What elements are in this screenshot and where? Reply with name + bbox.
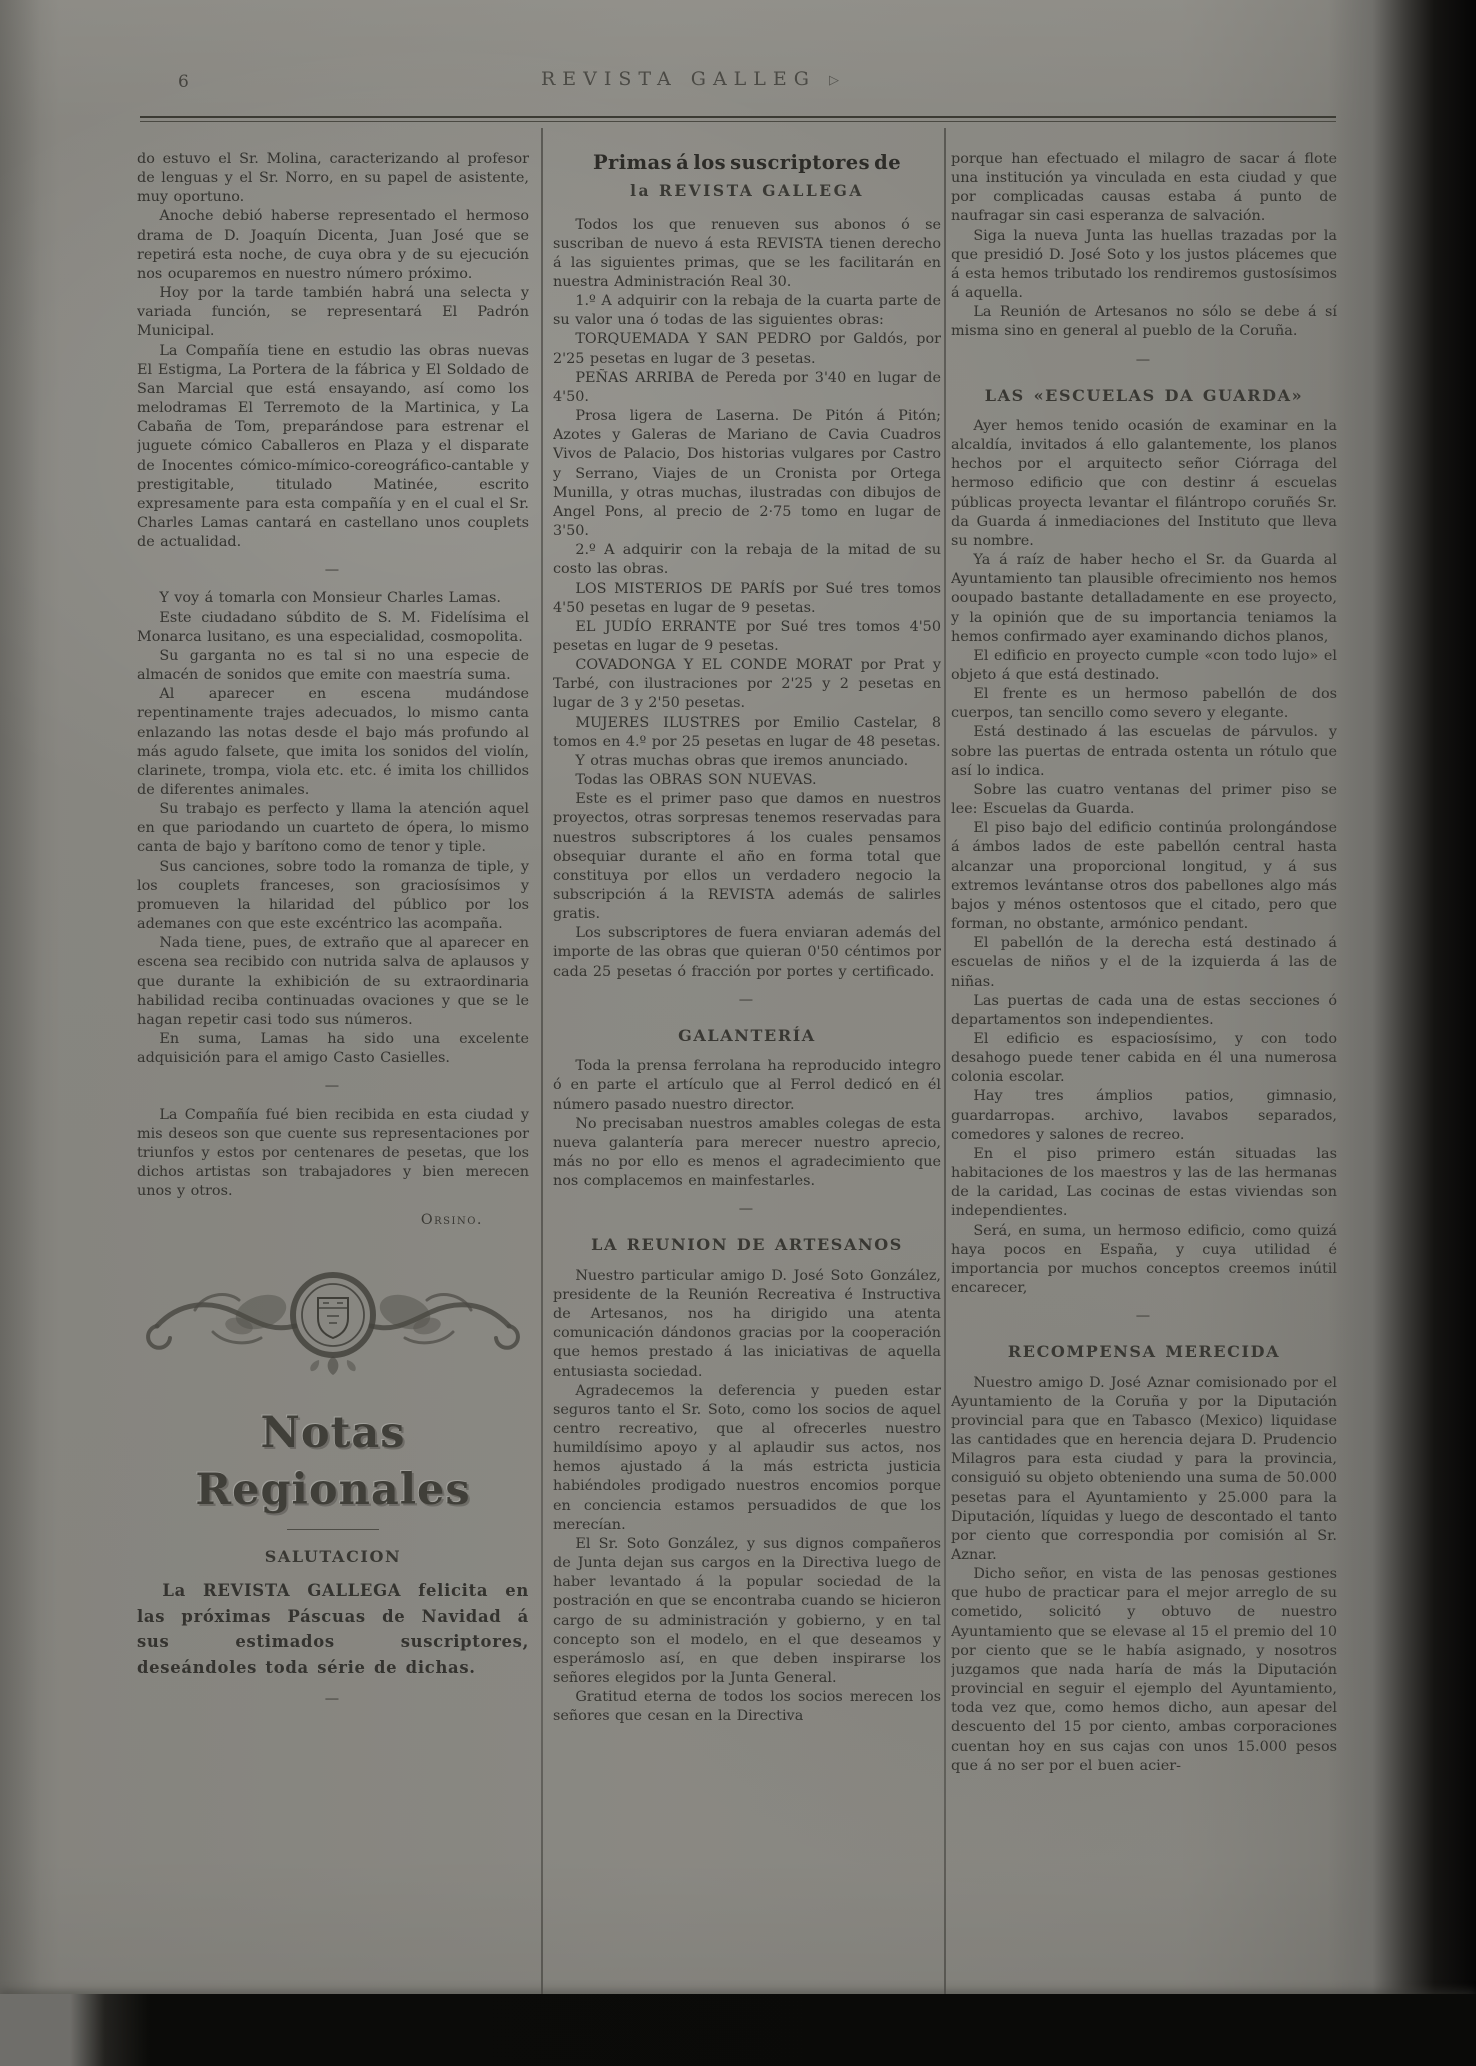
paragraph: Los subscriptores de fuera enviaran adem… — [553, 924, 941, 981]
paragraph: Anoche debió haberse representado el her… — [137, 207, 529, 284]
section-separator: — — [951, 1307, 1337, 1326]
column-divider-right — [944, 128, 946, 1994]
paragraph: En suma, Lamas ha sido una excelente adq… — [137, 1030, 529, 1068]
paragraph: Nuestro particular amigo D. José Soto Go… — [553, 1267, 941, 1382]
paragraph: Prosa ligera de Laserna. De Pitón á Pitó… — [553, 407, 941, 541]
masthead-title: REVISTA GALLEG — [541, 68, 816, 90]
middle-column: Primas á los suscriptores dela REVISTA G… — [553, 150, 941, 1994]
paragraph: La Compañía tiene en estudio las obras n… — [137, 342, 529, 553]
header-rule — [140, 116, 1336, 122]
section-heading: LAS «ESCUELAS DA GUARDA» — [951, 385, 1337, 406]
section-separator: — — [553, 991, 941, 1010]
paragraph: Agradecemos la deferencia y pueden estar… — [553, 1382, 941, 1535]
paragraph: Ya á raíz de haber hecho el Sr. da Guard… — [951, 551, 1337, 647]
pointer-mark-icon: ▷ — [829, 73, 839, 88]
left-column: do estuvo el Sr. Molina, caracterizando … — [137, 150, 529, 1994]
paragraph: Este es el primer paso que damos en nues… — [553, 790, 941, 924]
paragraph: Dicho señor, en vista de las penosas ges… — [951, 1565, 1337, 1776]
paragraph: MUJERES ILUSTRES por Emilio Castelar, 8 … — [553, 714, 941, 752]
paragraph: Será, en suma, un hermoso edificio, como… — [951, 1222, 1337, 1299]
paragraph: Sobre las cuatro ventanas del primer pis… — [951, 781, 1337, 819]
paragraph: Y otras muchas obras que iremos anunciad… — [553, 752, 941, 771]
column-divider-left — [541, 128, 543, 1994]
paragraph: Siga la nueva Junta las huellas trazadas… — [951, 227, 1337, 304]
title-rule — [287, 1529, 379, 1530]
paragraph: No precisaban nuestros amables colegas d… — [553, 1115, 941, 1192]
paragraph: Todos los que renueven sus abonos ó se s… — [553, 216, 941, 293]
paragraph: Este ciudadano súbdito de S. M. Fidelísi… — [137, 609, 529, 647]
heraldic-vignette — [137, 1260, 529, 1384]
section-separator: — — [553, 1200, 941, 1219]
paragraph: El edificio es espaciosísimo, y con todo… — [951, 1030, 1337, 1087]
section-heading: GALANTERÍA — [553, 1025, 941, 1046]
paragraph: Nada tiene, pues, de extraño que al apar… — [137, 934, 529, 1030]
paragraph: PEÑAS ARRIBA de Pereda por 3'40 en lugar… — [553, 369, 941, 407]
article-title: Primas á los suscriptores de — [553, 150, 941, 176]
paragraph: 1.º A adquirir con la rebaja de la cuart… — [553, 292, 941, 330]
paragraph: porque han efectuado el milagro de sacar… — [951, 150, 1337, 227]
paragraph: EL JUDÍO ERRANTE por Sué tres tomos 4'50… — [553, 618, 941, 656]
paragraph: En el piso primero están situadas las ha… — [951, 1145, 1337, 1222]
book-binding-bottom — [0, 1994, 1476, 2066]
display-title: Notas Regionales — [137, 1405, 529, 1519]
section-separator: — — [137, 1690, 529, 1709]
paragraph: Está destinado á las escuelas de párvulo… — [951, 723, 1337, 780]
section-heading: LA REUNION DE ARTESANOS — [553, 1234, 941, 1255]
section-heading: SALUTACION — [137, 1546, 529, 1567]
section-heading: RECOMPENSA MERECIDA — [951, 1341, 1337, 1362]
paragraph: LOS MISTERIOS DE PARÍS por Sué tres tomo… — [553, 580, 941, 618]
paragraph: TORQUEMADA Y SAN PEDRO por Galdós, por 2… — [553, 330, 941, 368]
right-column: porque han efectuado el milagro de sacar… — [951, 150, 1337, 1994]
announcement-paragraph: La REVISTA GALLEGA felicita en las próxi… — [137, 1578, 529, 1680]
paragraph: Hay tres ámplios patios, gimnasio, guard… — [951, 1087, 1337, 1144]
article-subtitle: la REVISTA GALLEGA — [553, 181, 941, 202]
paragraph: Ayer hemos tenido ocasión de examinar en… — [951, 417, 1337, 551]
paragraph: do estuvo el Sr. Molina, caracterizando … — [137, 150, 529, 207]
masthead: REVISTA GALLEG ▷ — [0, 68, 1380, 90]
paragraph: La Reunión de Artesanos no sólo se debe … — [951, 303, 1337, 341]
paragraph: El pabellón de la derecha está destinado… — [951, 934, 1337, 991]
paragraph: Su trabajo es perfecto y llama la atenci… — [137, 800, 529, 857]
paragraph: La Compañía fué bien recibida en esta ci… — [137, 1106, 529, 1202]
section-separator: — — [951, 351, 1337, 370]
paragraph: Sus canciones, sobre todo la romanza de … — [137, 858, 529, 935]
paragraph: Su garganta no es tal si no una especie … — [137, 647, 529, 685]
paragraph: El Sr. Soto González, y sus dignos compa… — [553, 1535, 941, 1688]
signature: Orsino. — [137, 1211, 529, 1230]
paragraph: Toda la prensa ferrolana ha reproducido … — [553, 1057, 941, 1114]
paragraph: Las puertas de cada una de estas seccion… — [951, 992, 1337, 1030]
paragraph: Nuestro amigo D. José Aznar comisionado … — [951, 1374, 1337, 1566]
paragraph: El piso bajo del edificio continúa prolo… — [951, 819, 1337, 934]
paragraph: COVADONGA Y EL CONDE MORAT por Prat y Ta… — [553, 656, 941, 713]
paragraph: Al aparecer en escena mudándose repentin… — [137, 685, 529, 800]
section-separator: — — [137, 561, 529, 580]
paragraph: Gratitud eterna de todos los socios mere… — [553, 1688, 941, 1726]
paragraph: Hoy por la tarde también habrá una selec… — [137, 284, 529, 341]
newspaper-page: { "page": { "number": "6", "masthead": "… — [0, 0, 1476, 2066]
paragraph: El frente es un hermoso pabellón de dos … — [951, 685, 1337, 723]
section-separator: — — [137, 1077, 529, 1096]
page-left-edge-shade — [0, 0, 40, 2066]
book-binding-right — [1328, 0, 1476, 2066]
paragraph: 2.º A adquirir con la rebaja de la mitad… — [553, 541, 941, 579]
paragraph: El edificio en proyecto cumple «con todo… — [951, 647, 1337, 685]
paragraph: Y voy á tomarla con Monsieur Charles Lam… — [137, 589, 529, 608]
heraldic-vignette-drawing — [143, 1260, 523, 1378]
paragraph: Todas las OBRAS SON NUEVAS. — [553, 771, 941, 790]
